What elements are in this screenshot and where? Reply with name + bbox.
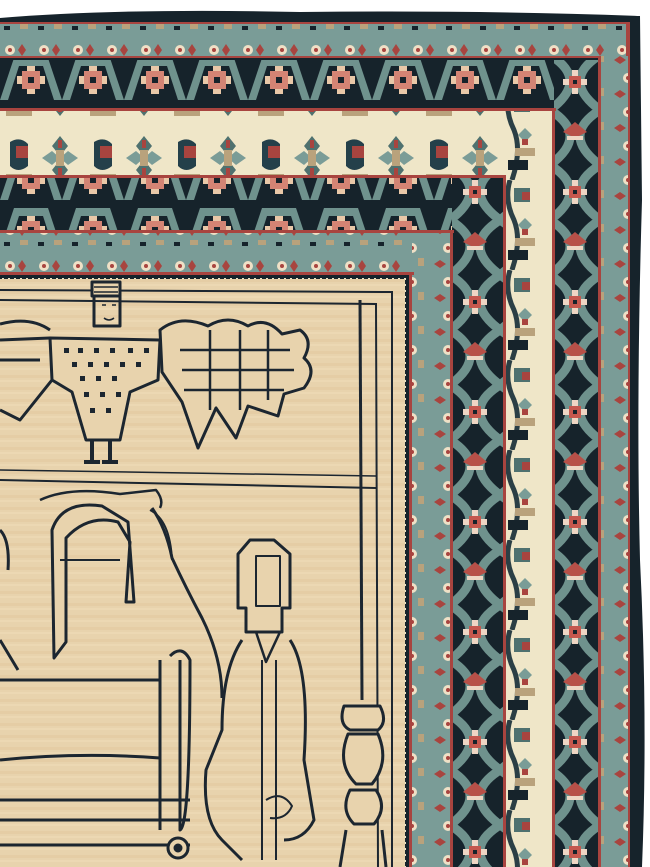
rug-photograph xyxy=(0,0,650,867)
